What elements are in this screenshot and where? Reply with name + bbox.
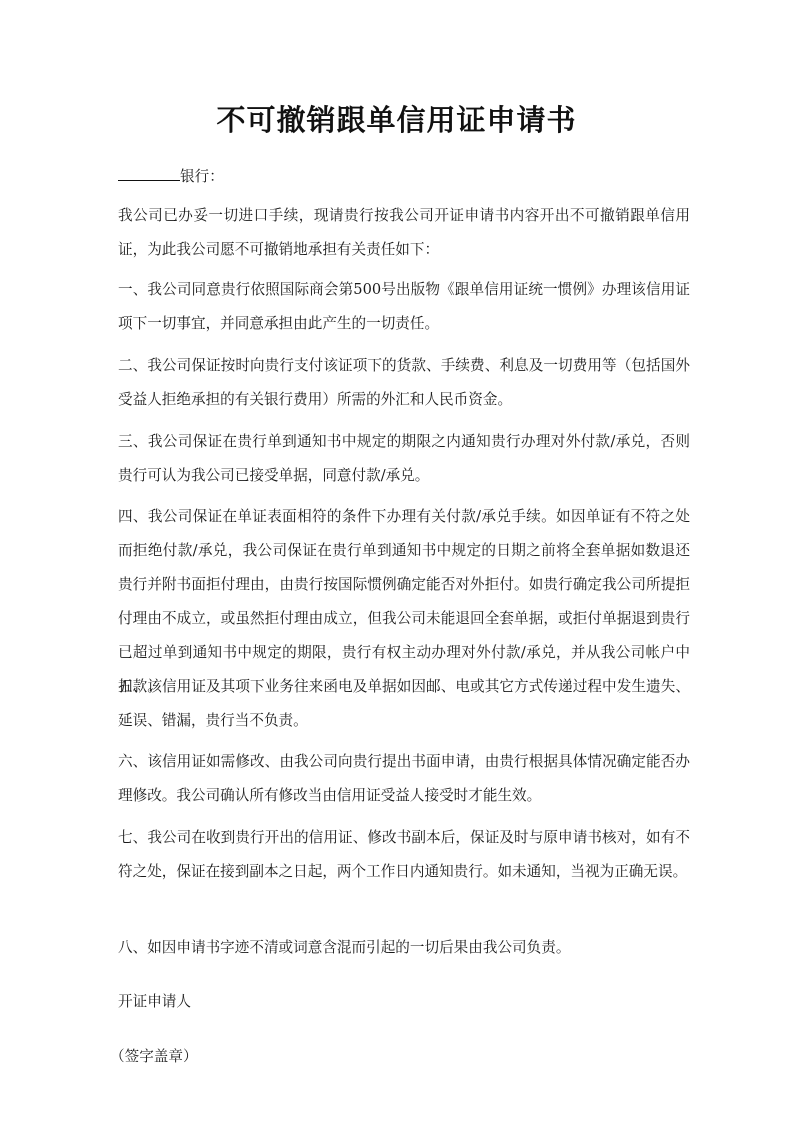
clause-2: 二、我公司保证按时向贵行支付该证项下的货款、手续费、利息及一切费用等（包括国外受… [118, 349, 690, 417]
intro-paragraph: 我公司已办妥一切进口手续，现请贵行按我公司开证申请书内容开出不可撤销跟单信用证，… [118, 199, 690, 267]
clause-7: 七、我公司在收到贵行开出的信用证、修改书副本后，保证及时与原申请书核对，如有不符… [118, 821, 690, 889]
clause-1: 一、我公司同意贵行依照国际商会第500号出版物《跟单信用证统一惯例》办理该信用证… [118, 273, 690, 341]
seal-label: （签字盖章） [110, 1040, 682, 1074]
applicant-label: 开证申请人 [118, 985, 690, 1019]
document-title: 不可撤销跟单信用证申请书 [0, 98, 793, 139]
bank-name-blank [118, 166, 180, 181]
clause-3: 三、我公司保证在贵行单到通知书中规定的期限之内通知贵行办理对外付款/承兑，否则贵… [118, 425, 690, 493]
addressee-label: 银行： [180, 168, 224, 185]
clause-6: 六、该信用证如需修改、由我公司向贵行提出书面申请，由贵行根据具体情况确定能否办理… [118, 745, 690, 813]
clause-5: 五、该信用证及其项下业务往来函电及单据如因邮、电或其它方式传递过程中发生遗失、延… [118, 670, 690, 738]
clause-8: 八、如因申请书字迹不清或词意含混而引起的一切后果由我公司负责。 [118, 931, 690, 965]
addressee-line: 银行： [118, 160, 690, 194]
